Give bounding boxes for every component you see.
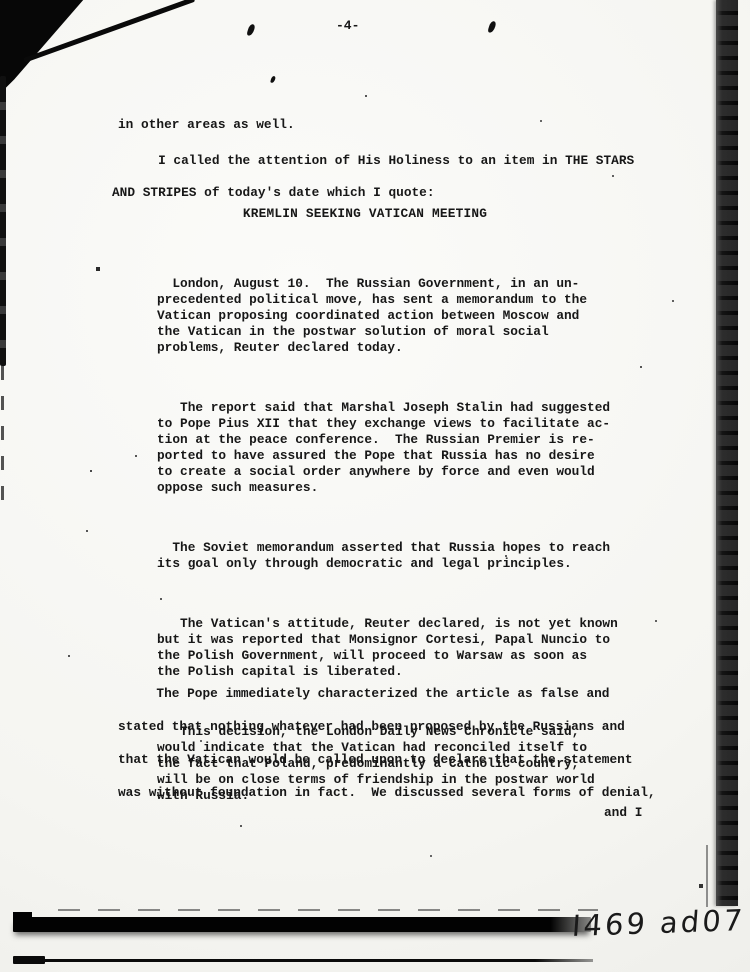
scan-artifact-bottom-bar	[13, 917, 591, 932]
ink-mark	[246, 23, 255, 36]
intro-paragraph: I called the attention of His Holiness t…	[112, 145, 672, 209]
article-paragraph: London, August 10. The Russian Governmen…	[157, 276, 637, 356]
article-paragraph: The Vatican's attitude, Reuter declared,…	[157, 616, 637, 680]
page-number: -4-	[336, 18, 359, 33]
ink-mark	[487, 20, 496, 33]
article-headline: KREMLIN SEEKING VATICAN MEETING	[130, 206, 600, 221]
scanned-document-page: -4- in other areas as well. I called the…	[0, 0, 750, 972]
scan-artifact-left-edge	[0, 76, 6, 366]
scan-artifact-left-edge-faint	[1, 366, 4, 516]
scan-artifact-bottom-fuzz	[58, 909, 598, 911]
article-paragraph: The report said that Marshal Joseph Stal…	[157, 400, 637, 496]
scan-artifact-page-edge	[706, 845, 708, 907]
ink-mark	[270, 76, 276, 84]
handwritten-archive-code: I469 ad07	[571, 903, 746, 943]
scan-artifact-right-edge-band	[716, 0, 738, 906]
article-paragraph: The Soviet memorandum asserted that Russ…	[157, 540, 637, 572]
closing-continuation: and I	[604, 805, 642, 820]
scan-speckles	[0, 0, 2, 2]
scan-artifact-bottom-line	[13, 959, 593, 962]
opening-line: in other areas as well.	[118, 108, 295, 141]
closing-paragraph: The Pope immediately characterized the a…	[118, 677, 658, 809]
